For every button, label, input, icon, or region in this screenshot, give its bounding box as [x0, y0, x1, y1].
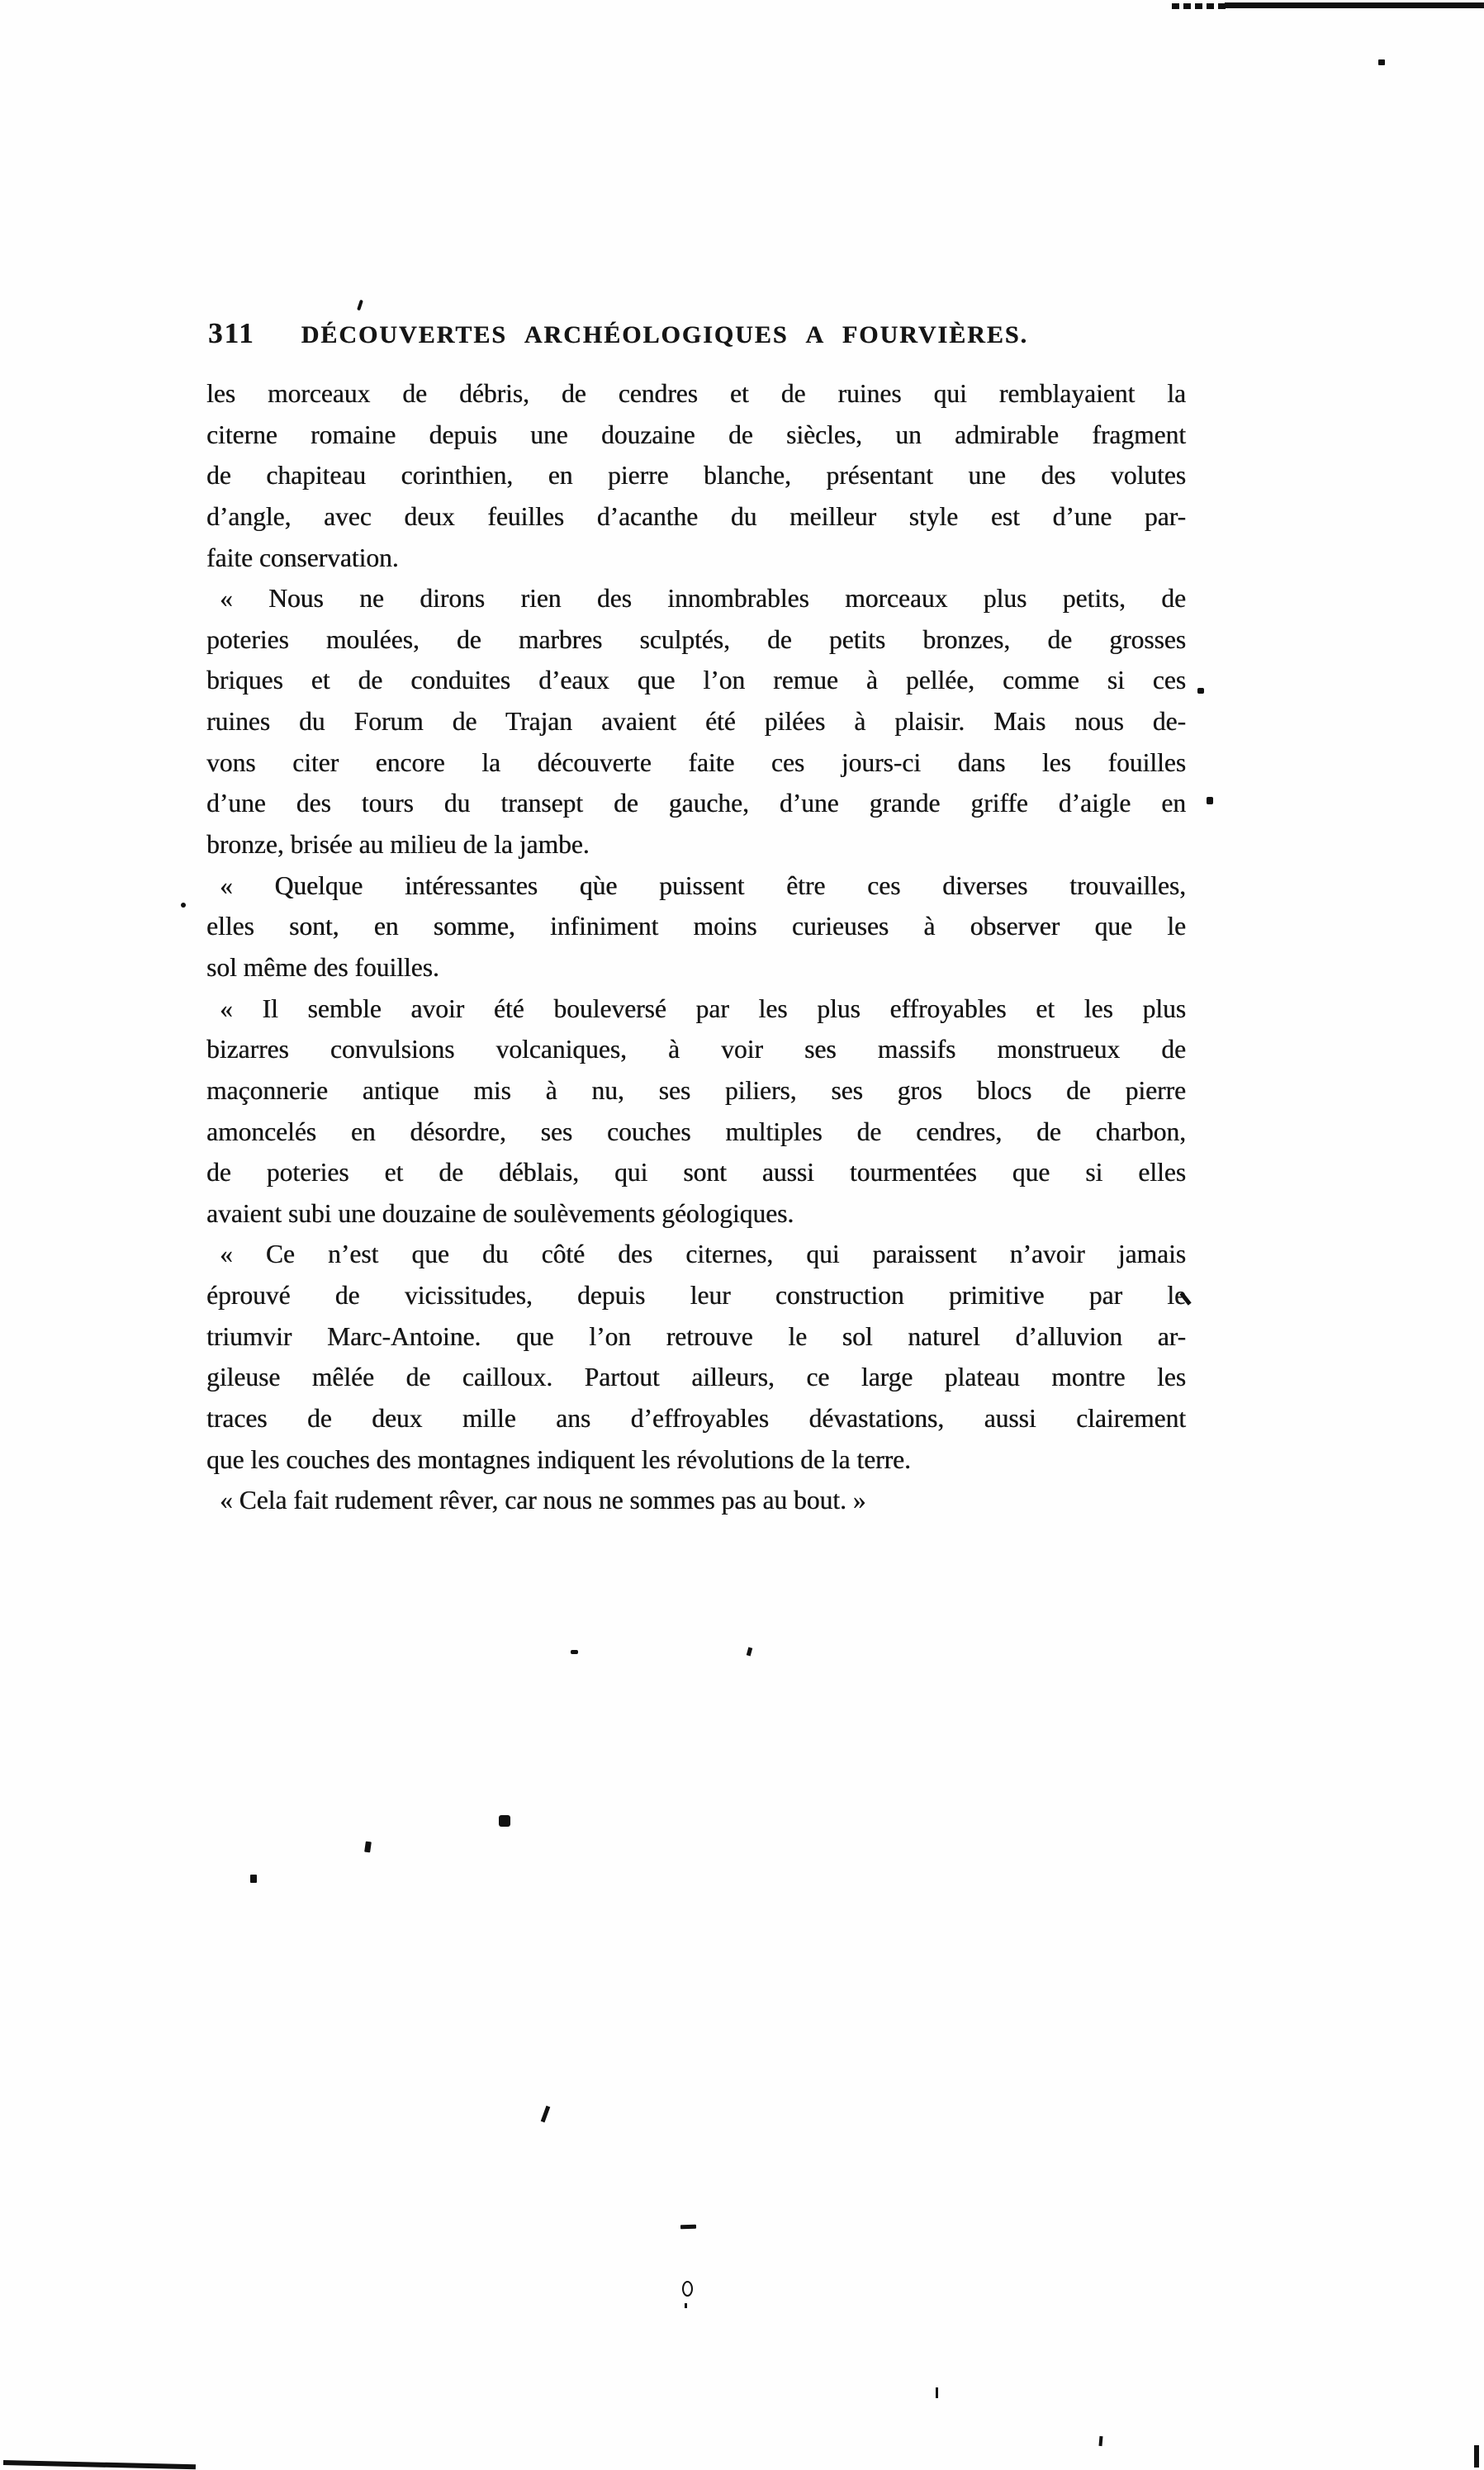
ink-speck — [357, 300, 363, 311]
corner-bar — [1474, 2445, 1479, 2468]
text-line: traces de deux mille ans d’effroyables d… — [206, 1398, 1186, 1439]
text-line: amoncelés en désordre, ses couches multi… — [206, 1112, 1186, 1153]
ink-speck — [936, 2387, 938, 2398]
ink-speck — [1378, 59, 1385, 65]
text-line: les morceaux de débris, de cendres et de… — [206, 373, 1186, 415]
text-line: éprouvé de vicissitudes, depuis leur con… — [206, 1275, 1186, 1316]
ink-speck — [1207, 797, 1213, 804]
text-line: ruines du Forum de Trajan avaient été pi… — [206, 701, 1186, 742]
text-line: vons citer encore la découverte faite ce… — [206, 742, 1186, 784]
ink-speck — [541, 2106, 551, 2123]
text-line: de poteries et de déblais, qui sont auss… — [206, 1152, 1186, 1193]
text-line: poteries moulées, de marbres sculptés, d… — [206, 619, 1186, 661]
text-line: d’angle, avec deux feuilles d’acanthe du… — [206, 496, 1186, 538]
ink-speck — [747, 1647, 752, 1657]
text-line: « Quelque intéressantes qùe puissent êtr… — [206, 865, 1186, 907]
text-line: « Ce n’est que du côté des citernes, qui… — [206, 1234, 1186, 1275]
running-title: DÉCOUVERTES ARCHÉOLOGIQUES A FOURVIÈRES. — [301, 321, 1028, 349]
text-line: d’une des tours du transept de gauche, d… — [206, 783, 1186, 824]
text-line: elles sont, en somme, infiniment moins c… — [206, 906, 1186, 947]
text-line: gileuse mêlée de cailloux. Partout aille… — [206, 1357, 1186, 1398]
text-line: « Cela fait rudement rêver, car nous ne … — [206, 1480, 1186, 1521]
text-line: bizarres convulsions volcaniques, à voir… — [206, 1029, 1186, 1070]
ink-speck — [1197, 688, 1204, 694]
text-line: triumvir Marc-Antoine. que l’on retrouve… — [206, 1316, 1186, 1358]
page-header: 311 DÉCOUVERTES ARCHÉOLOGIQUES A FOURVIÈ… — [208, 317, 1028, 350]
page-number: 311 — [208, 317, 255, 350]
ink-speck — [685, 2303, 687, 2308]
page-body: les morceaux de débris, de cendres et de… — [206, 373, 1186, 1521]
ink-speck — [571, 1650, 578, 1654]
text-line: avaient subi une douzaine de soulèvement… — [206, 1193, 1186, 1235]
ink-speck — [250, 1875, 257, 1883]
top-edge-rule — [1225, 2, 1484, 8]
text-line: maçonnerie antique mis à nu, ses piliers… — [206, 1070, 1186, 1112]
text-line: « Il semble avoir été bouleversé par les… — [206, 988, 1186, 1030]
text-line: bronze, brisée au milieu de la jambe. — [206, 824, 1186, 865]
ink-speck — [499, 1815, 510, 1827]
text-line: « Nous ne dirons rien des innombrables m… — [206, 578, 1186, 619]
text-line: que les couches des montagnes indiquent … — [206, 1439, 1186, 1481]
text-line: briques et de conduites d’eaux que l’on … — [206, 660, 1186, 701]
text-line: de chapiteau corinthien, en pierre blanc… — [206, 455, 1186, 496]
text-line: sol même des fouilles. — [206, 947, 1186, 988]
ink-speck — [682, 2281, 693, 2297]
text-line: citerne romaine depuis une douzaine de s… — [206, 415, 1186, 456]
scanned-book-page: 311 DÉCOUVERTES ARCHÉOLOGIQUES A FOURVIÈ… — [0, 0, 1484, 2470]
ink-speck — [181, 903, 186, 908]
ink-speck — [1098, 2436, 1102, 2446]
ink-speck — [364, 1842, 372, 1853]
ink-speck — [680, 2225, 696, 2230]
text-line: faite conservation. — [206, 538, 1186, 579]
top-edge-rule-dashed — [1172, 3, 1226, 9]
bottom-edge-rule — [3, 2460, 196, 2469]
